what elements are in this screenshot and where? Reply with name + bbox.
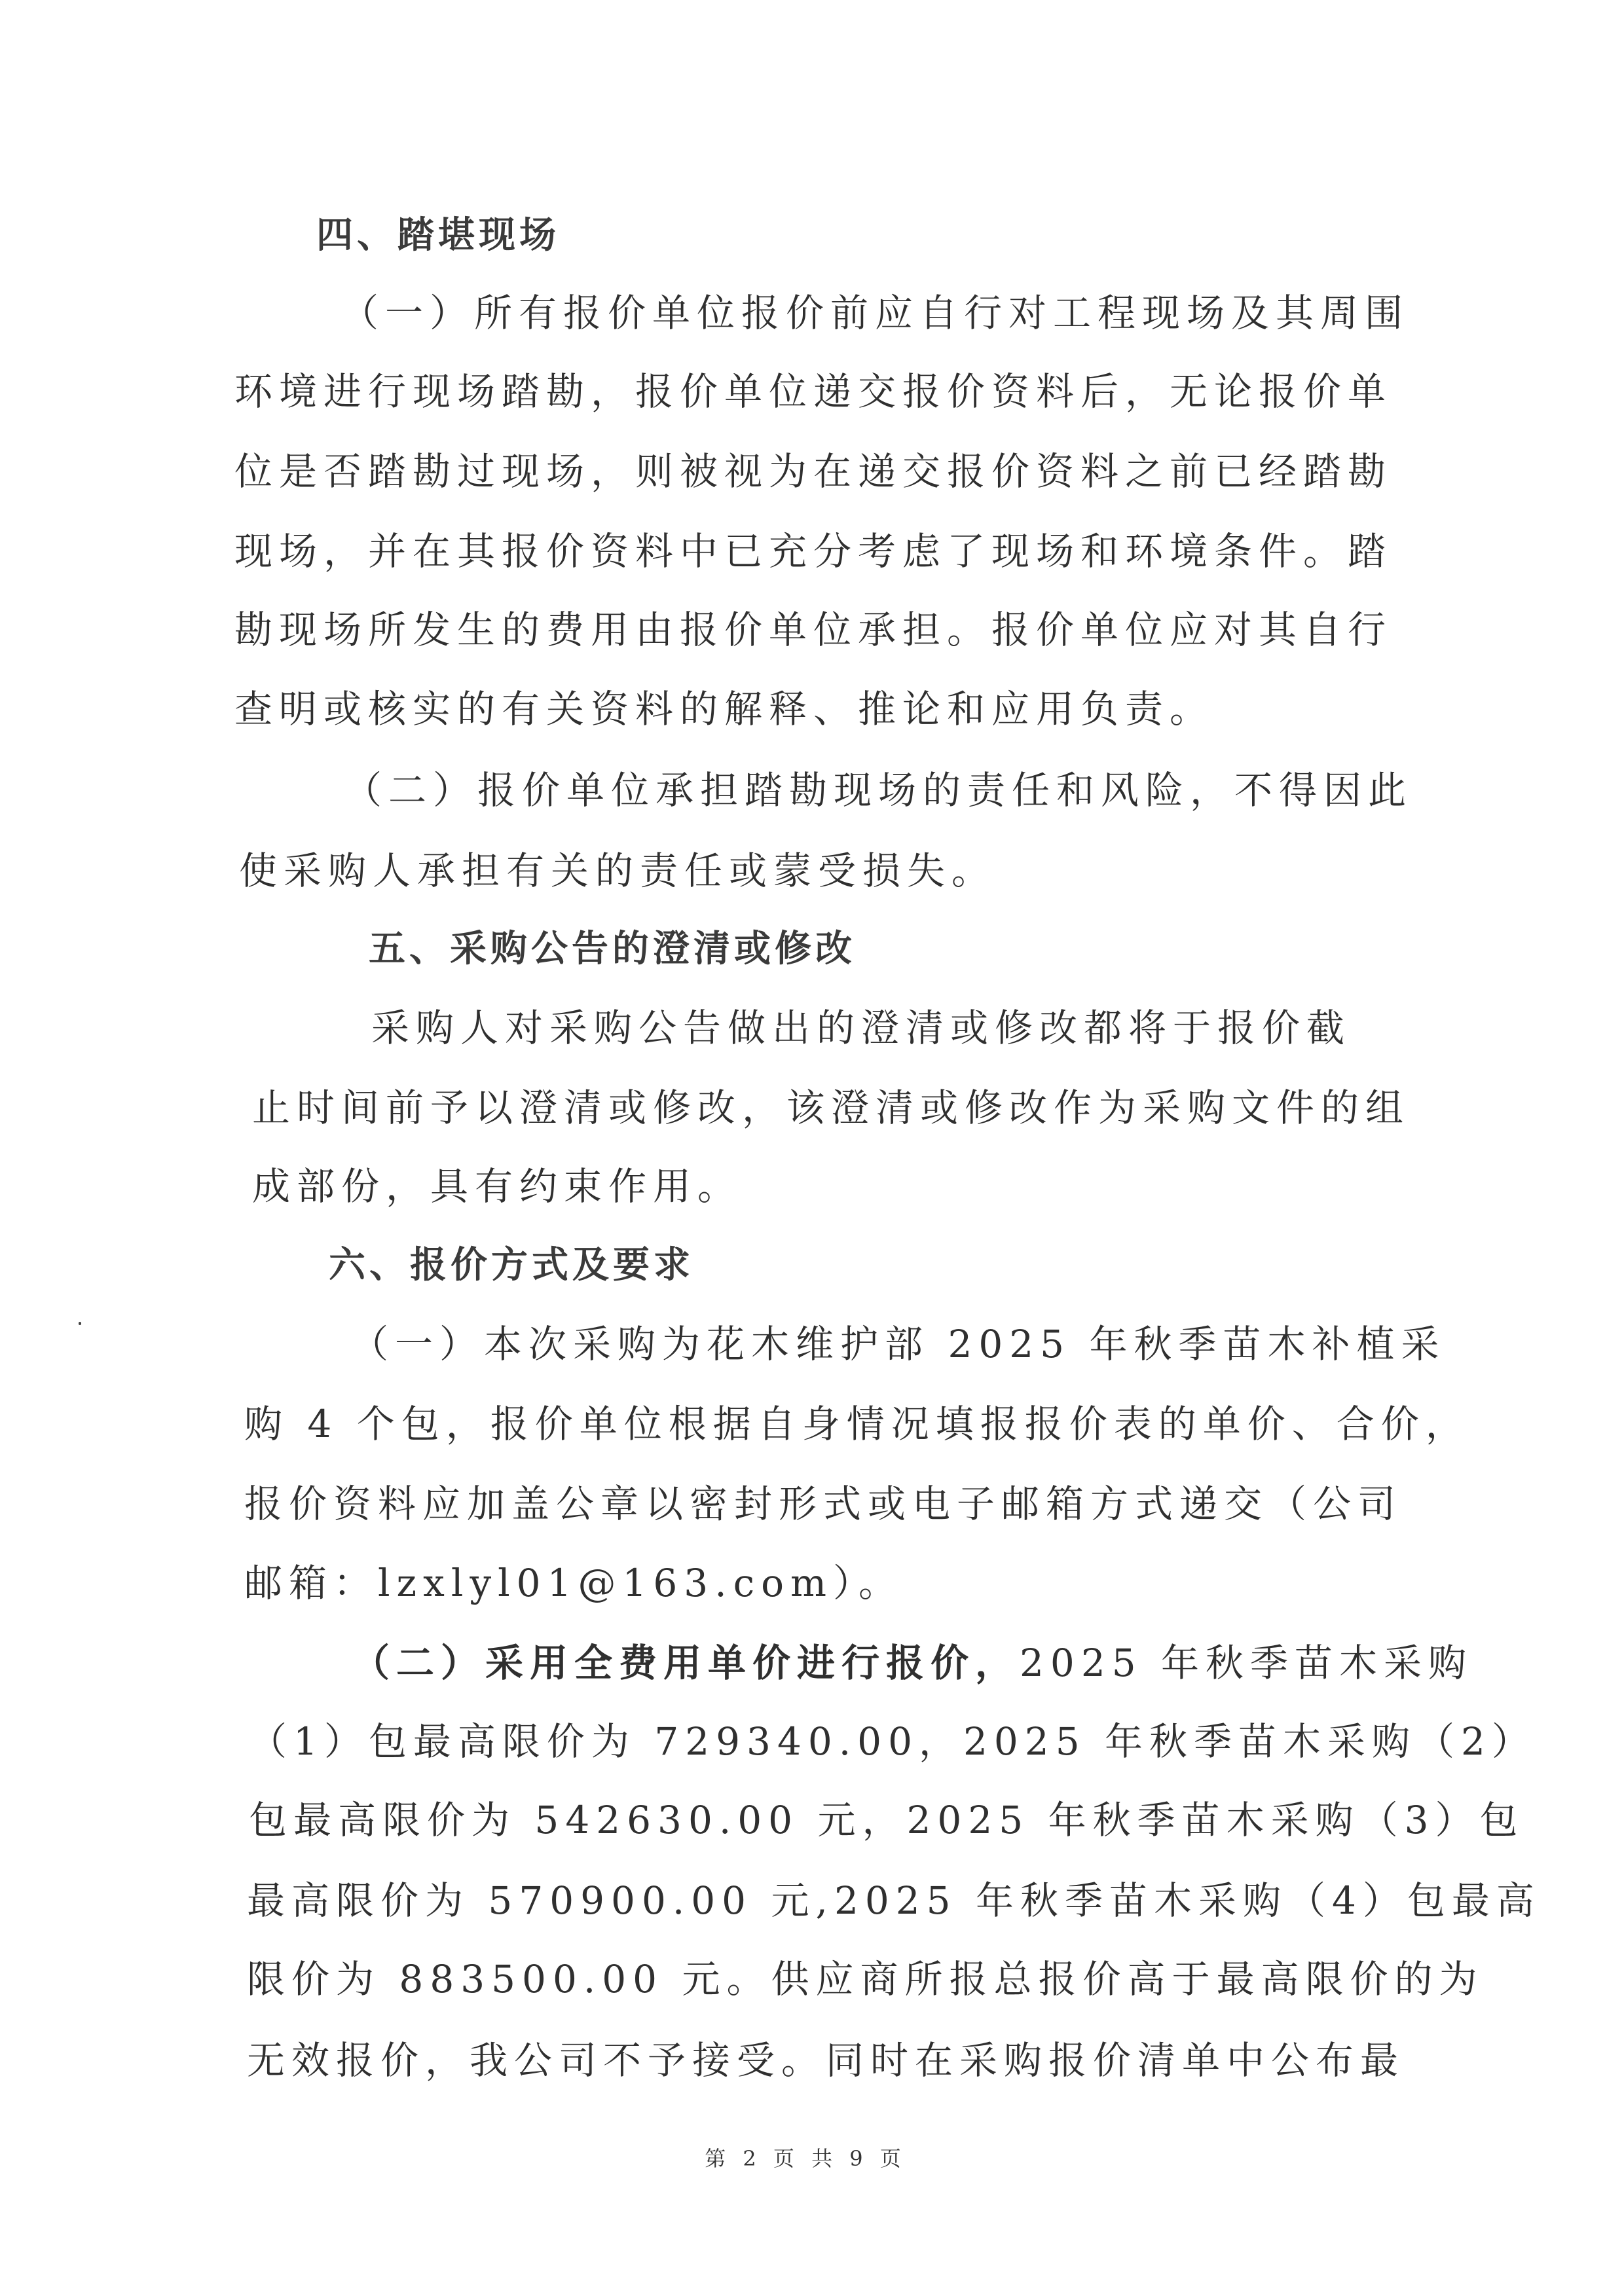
section-heading-4: 四、踏堪现场 xyxy=(316,213,560,259)
paragraph-line: 报价资料应加盖公章以密封形式或电子邮箱方式递交（公司 xyxy=(244,1481,1357,1527)
paragraph-line: 最高限价为 570900.00 元,2025 年秋季苗木采购（4）包最高 xyxy=(247,1878,1356,1923)
paragraph-line: （一）本次采购为花木维护部 2025 年秋季苗木补植采 xyxy=(350,1321,1356,1367)
paragraph-line: 查明或核实的有关资料的解释、推论和应用负责。 xyxy=(234,686,1214,732)
paragraph-line: 勘现场所发生的费用由报价单位承担。报价单位应对其自行 xyxy=(234,607,1352,653)
paragraph-line-tail: 2025 年秋季苗木采购 xyxy=(1020,1640,1473,1686)
paragraph-line: （一）所有报价单位报价前应自行对工程现场及其周围 xyxy=(341,290,1352,336)
email-label-text: 邮箱：lzxlyl01@163.com）。 xyxy=(244,1561,903,1605)
paragraph-line: 邮箱：lzxlyl01@163.com）。 xyxy=(244,1560,903,1606)
section-heading-5: 五、采购公告的澄清或修改 xyxy=(369,926,856,972)
paragraph-line: 成部份，具有约束作用。 xyxy=(252,1163,742,1209)
document-page: 四、踏堪现场 （一）所有报价单位报价前应自行对工程现场及其周围 环境进行现场踏勘… xyxy=(0,0,1624,2296)
bold-lead-text: （二）采用全费用单价进行报价， xyxy=(352,1640,1020,1686)
paragraph-line: 采购人对采购公告做出的澄清或修改都将于报价截 xyxy=(371,1005,1321,1051)
paragraph-line: 环境进行现场踏勘，报价单位递交报价资料后，无论报价单 xyxy=(234,369,1352,414)
paragraph-line: （二）报价单位承担踏勘现场的责任和风险，不得因此 xyxy=(344,767,1352,813)
paragraph-line: 限价为 883500.00 元。供应商所报总报价高于最高限价的为 xyxy=(247,1956,1356,2002)
scan-speck-mark xyxy=(79,1322,81,1325)
paragraph-line: 使采购人承担有关的责任或蒙受损失。 xyxy=(239,848,996,894)
section-heading-6: 六、报价方式及要求 xyxy=(329,1243,694,1288)
paragraph-line: 止时间前予以澄清或修改，该澄清或修改作为采购文件的组 xyxy=(252,1085,1356,1131)
paragraph-line: （二）采用全费用单价进行报价， 2025 年秋季苗木采购 xyxy=(352,1640,1357,1686)
paragraph-line: （1）包最高限价为 729340.00，2025 年秋季苗木采购（2） xyxy=(249,1719,1356,1764)
paragraph-line: 位是否踏勘过现场，则被视为在递交报价资料之前已经踏勘 xyxy=(234,448,1352,494)
paragraph-line: 购 4 个包，报价单位根据自身情况填报报价表的单价、合价， xyxy=(244,1401,1357,1447)
paragraph-line: 现场，并在其报价资料中已充分考虑了现场和环境条件。踏 xyxy=(234,528,1352,574)
page-number-footer: 第 2 页 共 9 页 xyxy=(681,2142,930,2172)
paragraph-line: 包最高限价为 542630.00 元，2025 年秋季苗木采购（3）包 xyxy=(249,1797,1356,1843)
paragraph-line: 无效报价，我公司不予接受。同时在采购报价清单中公布最 xyxy=(247,2037,1360,2083)
